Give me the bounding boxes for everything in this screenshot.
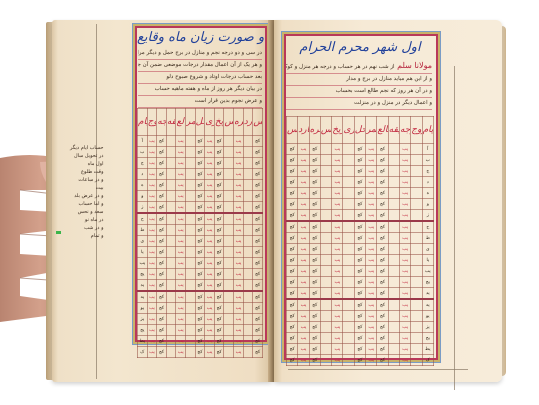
table-cell: کج	[377, 266, 388, 277]
table-cell: کج	[195, 136, 205, 147]
table-cell	[224, 225, 234, 236]
table-cell: یب	[399, 299, 410, 311]
table-cell: کج	[354, 210, 365, 222]
table-cell: کج	[287, 177, 298, 188]
table-cell: کج	[253, 280, 263, 292]
table-cell	[243, 191, 253, 202]
table-cell	[343, 355, 354, 366]
table-cell: کج	[195, 213, 205, 225]
table-cell: یب	[298, 322, 309, 333]
table-cell	[411, 166, 422, 177]
table-cell: یب	[176, 269, 186, 280]
table-cell: یب	[332, 311, 343, 322]
table-cell: یب	[399, 166, 410, 177]
table-cell: یب	[176, 202, 186, 214]
table-cell: یب	[332, 188, 343, 199]
table-cell: یب	[205, 291, 215, 303]
table-cell: کج	[377, 255, 388, 266]
table-cell: کج	[253, 213, 263, 225]
table-cell: یب	[205, 136, 215, 147]
table-cell	[320, 255, 331, 266]
table-cell: ز	[138, 202, 148, 214]
table-row: یجیبکجیبکجیبکجیبکج	[138, 269, 263, 280]
table-cell: کج	[195, 325, 205, 336]
table-cell: کج	[377, 355, 388, 366]
table-cell: یب	[366, 266, 377, 277]
table-cell: کج	[354, 322, 365, 333]
table-cell: کج	[214, 191, 224, 202]
left-prose: در سی و دو درجه نجم و منازل در برج حمل و…	[138, 48, 262, 108]
table-cell: یب	[138, 258, 148, 269]
table-cell: کج	[287, 344, 298, 355]
column-header: زهره	[309, 117, 320, 144]
table-cell	[166, 180, 176, 191]
table-cell: یب	[366, 299, 377, 311]
table-cell	[224, 303, 234, 314]
table-row: کجیبکجیبکجیبکجیبب	[287, 155, 434, 166]
table-cell	[411, 355, 422, 366]
table-cell: یب	[366, 344, 377, 355]
table-cell: یب	[298, 188, 309, 199]
prose-line: مولانا سلم از شب نهم در هر حساب و درجه ه…	[286, 60, 432, 74]
table-cell	[411, 277, 422, 288]
table-cell: یب	[298, 233, 309, 244]
table-cell	[411, 322, 422, 333]
right-prose: مولانا سلم از شب نهم در هر حساب و درجه ه…	[286, 60, 432, 110]
table-cell: کج	[287, 322, 298, 333]
table-cell: کج	[309, 233, 320, 244]
marginal-note: سعد و نحس	[70, 208, 104, 216]
table-cell	[186, 314, 196, 325]
table-cell: یب	[298, 221, 309, 233]
table-cell: کج	[377, 144, 388, 155]
table-cell	[224, 236, 234, 247]
table-row: یویبکجیبکجیبکجیبکج	[138, 303, 263, 314]
table-cell	[186, 280, 196, 292]
table-cell: یب	[332, 199, 343, 210]
table-cell	[320, 266, 331, 277]
table-cell: کج	[309, 299, 320, 311]
table-cell: کج	[157, 325, 167, 336]
table-cell: کج	[157, 213, 167, 225]
table-cell: کج	[309, 199, 320, 210]
table-cell	[224, 269, 234, 280]
table-cell: کج	[253, 347, 263, 358]
table-cell: یب	[234, 213, 244, 225]
table-cell: یب	[205, 347, 215, 358]
table-row: طیبکجیبکجیبکجیبکج	[138, 225, 263, 236]
table-row: کجیبکجیبکجیبکجیبیا	[287, 255, 434, 266]
table-cell: ک	[138, 347, 148, 358]
table-cell: کج	[195, 158, 205, 169]
table-cell: کج	[287, 355, 298, 366]
table-cell: یب	[298, 255, 309, 266]
table-cell	[186, 225, 196, 236]
table-cell: یب	[147, 291, 157, 303]
table-cell: یب	[399, 311, 410, 322]
table-cell: کج	[157, 158, 167, 169]
table-cell: یب	[332, 322, 343, 333]
table-cell: یب	[176, 258, 186, 269]
table-cell: کج	[377, 244, 388, 255]
table-cell	[224, 213, 234, 225]
column-header: زحل	[354, 117, 365, 144]
table-cell	[320, 288, 331, 300]
table-cell: کج	[354, 299, 365, 311]
table-cell: یب	[205, 247, 215, 258]
table-cell: کج	[287, 299, 298, 311]
table-cell	[186, 136, 196, 147]
table-cell: یب	[366, 333, 377, 344]
prose-line: در بیان دیگر هر روز از ماه و هفته ماهیه …	[138, 84, 262, 96]
table-cell: کج	[287, 144, 298, 155]
table-cell: یب	[205, 158, 215, 169]
table-cell: یب	[234, 269, 244, 280]
table-cell	[411, 344, 422, 355]
marginal-note: و تمام	[70, 232, 104, 240]
table-cell	[243, 269, 253, 280]
table-cell	[224, 258, 234, 269]
table-cell	[243, 325, 253, 336]
table-row: یهیبکجیبکجیبکجیبکج	[138, 291, 263, 303]
table-cell	[388, 322, 399, 333]
table-cell: یب	[205, 325, 215, 336]
marginal-note: و در شب	[70, 224, 104, 232]
table-cell	[320, 199, 331, 210]
column-header: طالع	[176, 109, 186, 136]
table-cell	[343, 210, 354, 222]
table-cell: کج	[377, 166, 388, 177]
table-cell: کج	[354, 355, 365, 366]
table-cell: کج	[253, 303, 263, 314]
table-cell: کج	[309, 244, 320, 255]
table-cell	[320, 322, 331, 333]
marginal-note: و اما حساب	[70, 200, 104, 208]
table-cell: یب	[399, 277, 410, 288]
table-row: کجیبکجیبکجیبکجیبآ	[287, 144, 434, 155]
table-cell	[166, 303, 176, 314]
left-table: ایامبروجدرجهدقیقهطالعقمرزحلمشتریمریخشمسز…	[137, 108, 263, 358]
table-cell: یز	[422, 322, 433, 333]
table-cell: کج	[377, 221, 388, 233]
table-cell: یب	[176, 291, 186, 303]
table-cell: یب	[298, 166, 309, 177]
table-cell	[411, 255, 422, 266]
table-row: ییبکجیبکجیبکجیبکج	[138, 236, 263, 247]
table-cell: کج	[253, 247, 263, 258]
table-cell	[186, 336, 196, 347]
table-cell	[166, 280, 176, 292]
table-cell: یب	[399, 233, 410, 244]
left-page: حساب ایام دیگردر تحویل سالاول ماهوقت طلو…	[52, 20, 272, 382]
table-cell: یب	[147, 347, 157, 358]
table-cell: کج	[309, 221, 320, 233]
table-cell: یب	[176, 314, 186, 325]
table-cell: یب	[234, 314, 244, 325]
table-cell: کج	[287, 244, 298, 255]
table-cell: کج	[214, 269, 224, 280]
table-cell	[388, 355, 399, 366]
table-cell: یب	[147, 314, 157, 325]
table-cell: کج	[287, 166, 298, 177]
table-cell: کج	[287, 266, 298, 277]
table-cell: کج	[377, 177, 388, 188]
table-cell: یب	[205, 180, 215, 191]
table-cell: کج	[377, 311, 388, 322]
table-cell	[186, 213, 196, 225]
table-cell: یب	[399, 155, 410, 166]
table-cell: یب	[147, 247, 157, 258]
column-header: عطارد	[298, 117, 309, 144]
table-cell	[411, 155, 422, 166]
table-cell: د	[422, 177, 433, 188]
table-row: زیبکجیبکجیبکجیبکج	[138, 202, 263, 214]
table-cell	[243, 291, 253, 303]
table-cell	[186, 269, 196, 280]
table-cell	[388, 299, 399, 311]
table-cell	[320, 355, 331, 366]
table-cell: یب	[399, 244, 410, 255]
table-cell: یب	[205, 269, 215, 280]
table-cell	[320, 333, 331, 344]
marginal-note: اول ماه	[70, 160, 104, 168]
table-cell	[388, 333, 399, 344]
table-cell: یب	[366, 233, 377, 244]
table-cell	[411, 188, 422, 199]
red-heading: مولانا سلم	[395, 61, 432, 70]
table-cell: کج	[195, 269, 205, 280]
column-header: قمر	[186, 109, 196, 136]
table-cell: کج	[157, 258, 167, 269]
bottom-rule	[288, 369, 468, 370]
table-cell: کج	[377, 210, 388, 222]
table-cell: کج	[354, 277, 365, 288]
table-cell: یب	[176, 136, 186, 147]
table-cell: کج	[309, 155, 320, 166]
marginal-notes: حساب ایام دیگردر تحویل سالاول ماهوقت طلو…	[70, 144, 104, 240]
table-cell: کج	[195, 191, 205, 202]
table-cell: یب	[147, 191, 157, 202]
prose-line: و عرض نجوم بدین قرار است	[138, 96, 262, 108]
table-cell: یب	[366, 288, 377, 300]
table-cell: یب	[147, 236, 157, 247]
table-cell	[186, 258, 196, 269]
table-cell: کج	[309, 188, 320, 199]
table-cell: کج	[157, 291, 167, 303]
table-cell: یب	[147, 169, 157, 180]
table-cell	[186, 347, 196, 358]
table-cell: کج	[309, 277, 320, 288]
table-cell: یب	[234, 236, 244, 247]
table-header-row: رأسعطاردزهرهشمسمریخمشتریزحلقمرطالعدقیقهد…	[287, 117, 434, 144]
table-cell: کج	[287, 255, 298, 266]
table-cell: یه	[422, 299, 433, 311]
column-header: قمر	[366, 117, 377, 144]
table-cell: کج	[253, 136, 263, 147]
table-row: کجیبکجیبکجیبکجیبیز	[287, 322, 434, 333]
table-cell: یب	[332, 255, 343, 266]
table-cell: یب	[332, 221, 343, 233]
table-cell: یب	[147, 280, 157, 292]
table-cell	[388, 311, 399, 322]
marginal-note: وقت طلوع	[70, 168, 104, 176]
table-cell	[388, 199, 399, 210]
table-cell: آ	[138, 136, 148, 147]
table-cell: کج	[157, 225, 167, 236]
table-cell: یب	[298, 244, 309, 255]
table-cell	[343, 322, 354, 333]
table-cell: کج	[157, 314, 167, 325]
table-cell: کج	[253, 258, 263, 269]
table-cell: یب	[332, 288, 343, 300]
table-cell: یب	[147, 147, 157, 158]
table-cell: کج	[354, 333, 365, 344]
table-cell: کج	[354, 155, 365, 166]
table-cell: کج	[354, 311, 365, 322]
table-cell	[320, 344, 331, 355]
table-cell	[411, 244, 422, 255]
table-cell: یج	[422, 277, 433, 288]
table-cell: کج	[253, 191, 263, 202]
table-cell	[166, 236, 176, 247]
table-cell	[388, 255, 399, 266]
table-cell: یب	[366, 355, 377, 366]
table-cell: یب	[234, 136, 244, 147]
table-cell	[243, 169, 253, 180]
table-cell: یب	[298, 177, 309, 188]
table-cell: یب	[332, 166, 343, 177]
marginal-note: و در ساعات	[70, 176, 104, 184]
table-cell: یب	[298, 199, 309, 210]
table-cell: یب	[234, 258, 244, 269]
table-cell: کج	[354, 233, 365, 244]
table-cell: یب	[366, 277, 377, 288]
column-header: ایام	[422, 117, 433, 144]
table-cell	[343, 299, 354, 311]
table-cell: یب	[147, 180, 157, 191]
table-row: کجیبکجیبکجیبکجیبک	[287, 355, 434, 366]
marginal-note: بیت	[70, 184, 104, 192]
table-cell	[224, 169, 234, 180]
table-cell: کج	[377, 277, 388, 288]
table-cell: و	[422, 199, 433, 210]
table-row: کجیبکجیبکجیبکجیبد	[287, 177, 434, 188]
table-cell: یب	[298, 210, 309, 222]
table-cell	[411, 177, 422, 188]
marginal-note: در تحویل سال	[70, 152, 104, 160]
table-cell	[388, 188, 399, 199]
table-cell: یب	[234, 147, 244, 158]
column-header: رأس	[253, 109, 263, 136]
table-cell: یب	[234, 347, 244, 358]
table-cell: یب	[176, 225, 186, 236]
table-cell: یب	[399, 344, 410, 355]
table-cell: کج	[287, 288, 298, 300]
table-cell: یب	[234, 202, 244, 214]
table-cell: کج	[377, 188, 388, 199]
table-row: کجیبکجیبکجیبکجیبیه	[287, 299, 434, 311]
prose-line: و اعمال دیگر در منزل و در منزلت	[286, 98, 432, 110]
table-cell: کج	[287, 221, 298, 233]
table-cell: کج	[377, 288, 388, 300]
table-cell	[320, 221, 331, 233]
table-cell: یب	[399, 355, 410, 366]
table-cell: کج	[377, 299, 388, 311]
table-cell: یب	[399, 188, 410, 199]
column-header: درجه	[399, 117, 410, 144]
table-cell: کج	[309, 144, 320, 155]
table-cell: یب	[234, 303, 244, 314]
table-cell: کج	[287, 155, 298, 166]
table-cell: یب	[234, 325, 244, 336]
table-cell	[166, 202, 176, 214]
table-cell: یب	[366, 221, 377, 233]
bookmark-tab	[56, 231, 61, 234]
table-row: کجیبکجیبکجیبکجیبط	[287, 233, 434, 244]
table-cell	[320, 188, 331, 199]
table-cell: یب	[176, 213, 186, 225]
table-cell	[411, 266, 422, 277]
column-header: مریخ	[214, 109, 224, 136]
table-row: کجیبکجیبکجیبکجیبح	[287, 221, 434, 233]
table-cell: یح	[138, 325, 148, 336]
table-row: حیبکجیبکجیبکجیبکج	[138, 213, 263, 225]
table-cell: یح	[422, 333, 433, 344]
table-cell	[320, 311, 331, 322]
table-cell: یب	[332, 155, 343, 166]
table-cell	[224, 291, 234, 303]
table-cell	[388, 210, 399, 222]
table-cell: یب	[205, 169, 215, 180]
table-cell	[388, 221, 399, 233]
table-cell	[243, 236, 253, 247]
table-cell: یو	[138, 303, 148, 314]
table-cell	[166, 191, 176, 202]
table-cell: یب	[176, 347, 186, 358]
table-cell: یب	[366, 311, 377, 322]
table-cell: یب	[366, 255, 377, 266]
table-cell: ه	[422, 188, 433, 199]
table-cell	[224, 158, 234, 169]
table-cell: یب	[176, 325, 186, 336]
table-cell: کج	[195, 169, 205, 180]
table-cell	[166, 158, 176, 169]
table-cell	[243, 258, 253, 269]
table-cell	[388, 277, 399, 288]
table-cell	[343, 311, 354, 322]
table-cell: کج	[253, 314, 263, 325]
table-cell: کج	[214, 314, 224, 325]
table-row: کیبکجیبکجیبکجیبکج	[138, 347, 263, 358]
table-cell: یب	[332, 299, 343, 311]
table-cell	[388, 344, 399, 355]
table-cell: کج	[253, 202, 263, 214]
table-cell: کج	[253, 269, 263, 280]
table-cell: کج	[157, 169, 167, 180]
table-cell: ح	[138, 213, 148, 225]
table-cell	[224, 314, 234, 325]
table-cell: یب	[366, 177, 377, 188]
margin-rule	[454, 66, 455, 390]
table-cell	[243, 202, 253, 214]
table-cell: یب	[332, 266, 343, 277]
table-cell	[186, 158, 196, 169]
column-header: مریخ	[332, 117, 343, 144]
table-cell: کج	[354, 344, 365, 355]
table-cell: کج	[214, 291, 224, 303]
table-cell	[320, 277, 331, 288]
table-cell	[411, 199, 422, 210]
